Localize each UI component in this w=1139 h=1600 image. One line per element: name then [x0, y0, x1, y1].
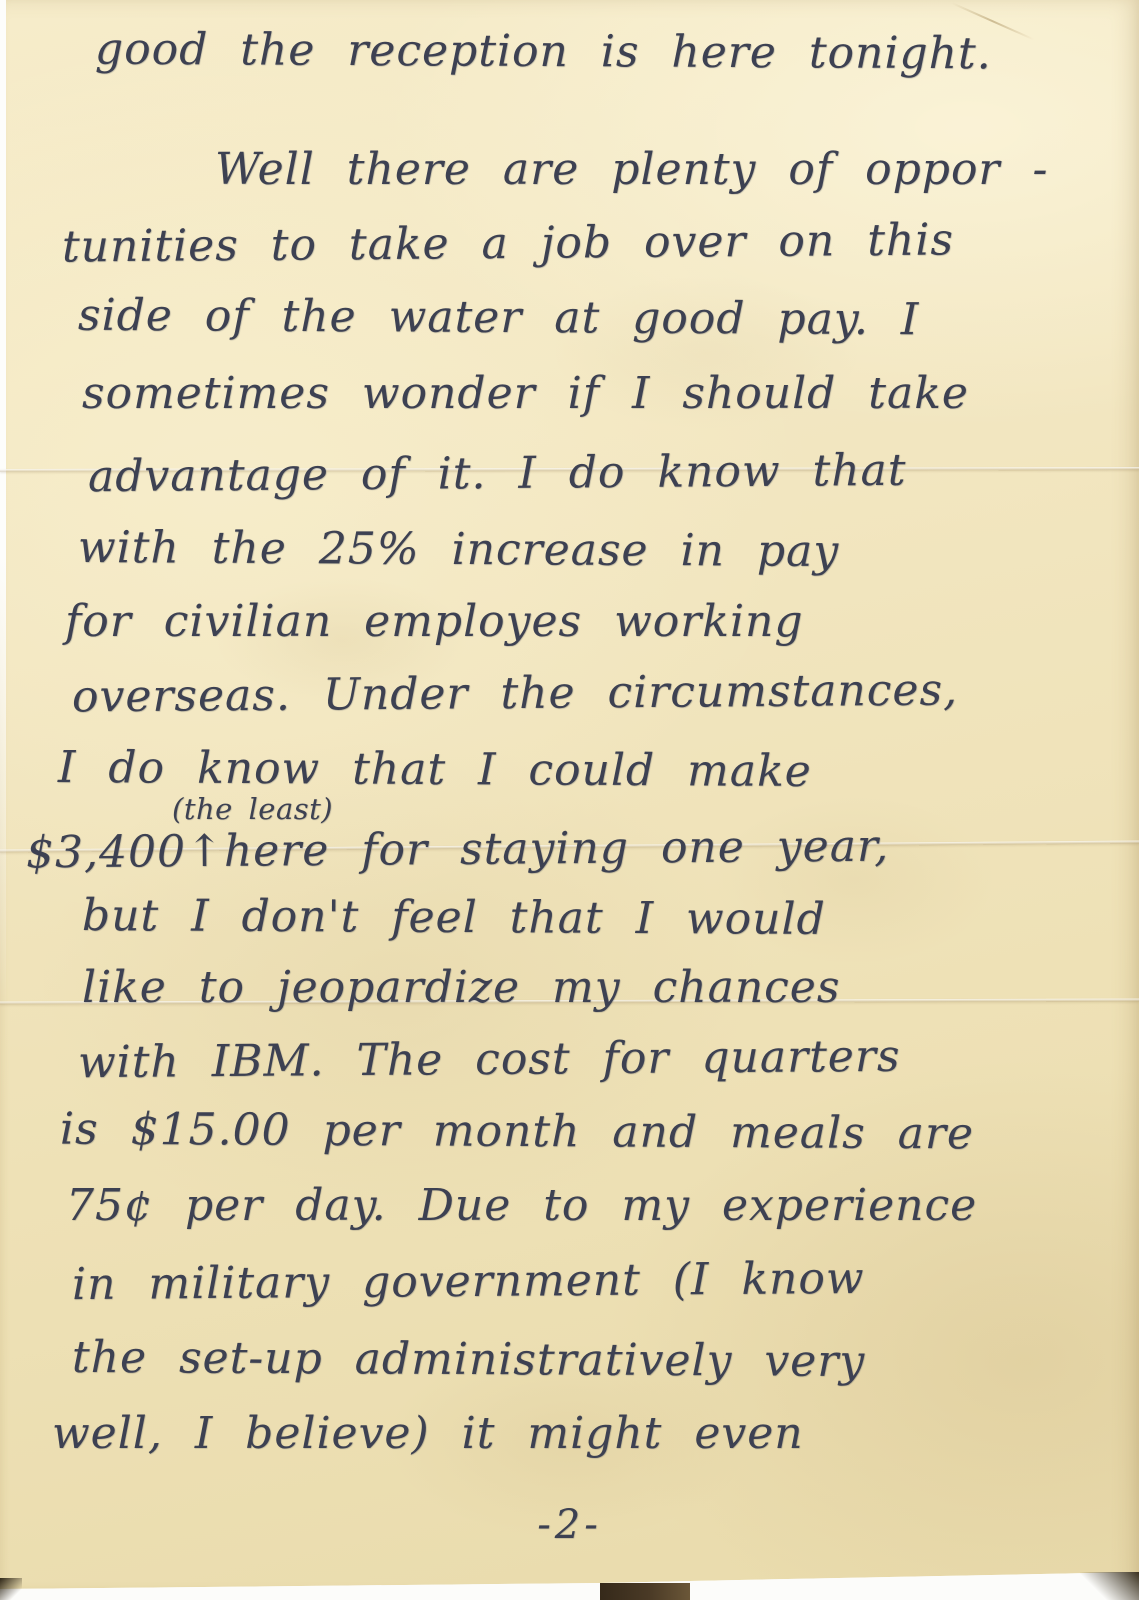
letter-line: 75¢ per day. Due to my experience [66, 1182, 977, 1230]
letter-line: good the reception is here tonight. [95, 26, 992, 79]
scanned-letter-page: good the reception is here tonight.Well … [0, 0, 1139, 1600]
letter-line: like to jeopardize my chances [82, 964, 840, 1012]
letter-line: with IBM. The cost for quarters [78, 1033, 901, 1088]
letter-line: the set-up administratively very [72, 1334, 865, 1387]
letter-line: I do know that I could make [58, 744, 812, 796]
letter-line: overseas. Under the circumstances, [72, 667, 958, 722]
letter-line: advantage of it. I do know that [88, 447, 907, 502]
letter-line: but I don't feel that I would [82, 892, 826, 944]
letter-line: side of the water at good pay. I [78, 292, 919, 345]
letter-line: $3,400↑here for staying one year, [26, 823, 889, 878]
bottom-left-shadow [0, 1578, 22, 1600]
bottom-right-shadow [1080, 1572, 1139, 1600]
page-number: -2- [0, 1502, 1139, 1548]
letter-line: well, I believe) it might even [52, 1410, 804, 1458]
letter-line: sometimes wonder if I should take [82, 370, 969, 418]
letter-line: for civilian employes working [65, 598, 804, 646]
letter-line: Well there are plenty of oppor - [215, 146, 1048, 194]
letter-line: with the 25% increase in pay [78, 524, 839, 576]
letter-line: in military government (I know [72, 1255, 865, 1310]
letter-line: (the least) [172, 794, 333, 826]
letter-line: is $15.00 per month and meals are [60, 1106, 974, 1159]
scanner-tab [600, 1583, 690, 1600]
letter-line: tunities to take a job over on this [62, 216, 954, 271]
letter-body: good the reception is here tonight.Well … [0, 0, 1139, 1600]
